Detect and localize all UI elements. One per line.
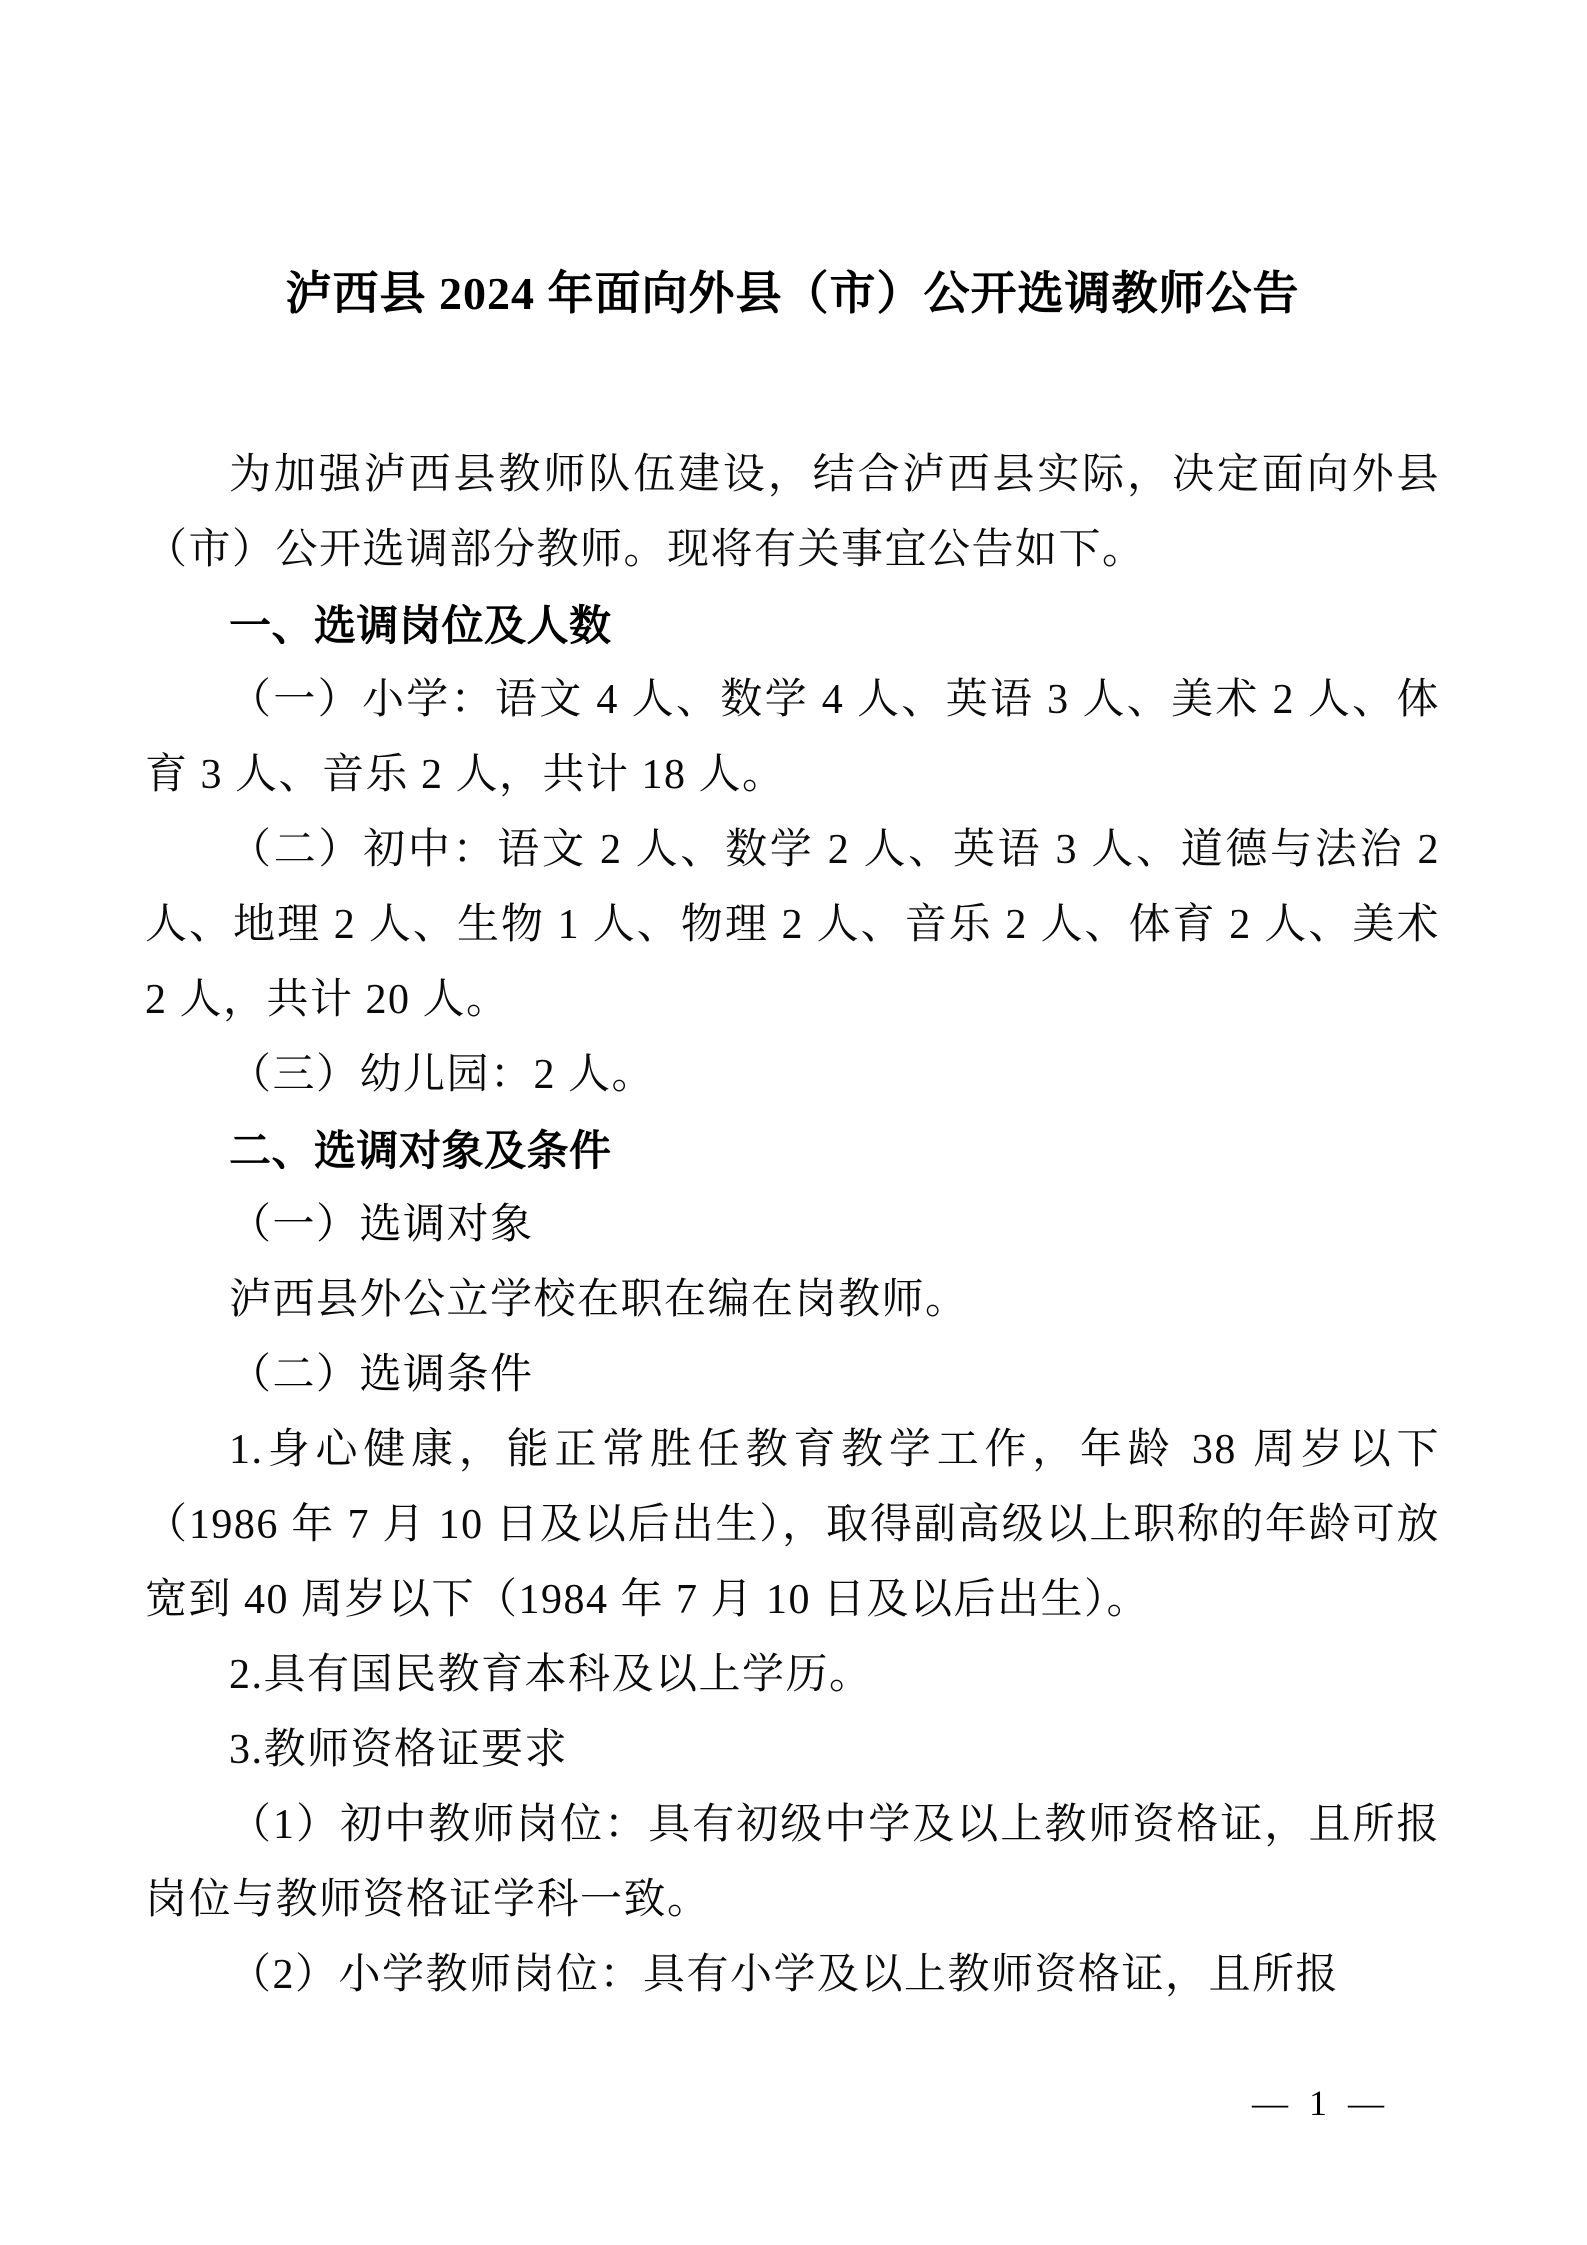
paragraph: 3.教师资格证要求 [145, 1713, 1440, 1788]
page-number: — 1 — [1252, 2083, 1390, 2123]
paragraph: （二）初中：语文 2 人、数学 2 人、英语 3 人、道德与法治 2 人、地理 … [145, 813, 1440, 1038]
paragraph: （二）选调条件 [145, 1338, 1440, 1413]
paragraph: 1.身心健康，能正常胜任教育教学工作，年龄 38 周岁以下（1986 年 7 月… [145, 1413, 1440, 1638]
paragraph: （1）初中教师岗位：具有初级中学及以上教师资格证，且所报岗位与教师资格证学科一致… [145, 1788, 1440, 1938]
paragraph: 二、选调对象及条件 [145, 1113, 1440, 1188]
paragraph: （一）选调对象 [145, 1188, 1440, 1263]
page-footer: — 1 — [1252, 2082, 1390, 2124]
document-page: 泸西县 2024 年面向外县（市）公开选调教师公告 为加强泸西县教师队伍建设，结… [0, 0, 1587, 2245]
paragraph: （三）幼儿园：2 人。 [145, 1038, 1440, 1113]
document-title: 泸西县 2024 年面向外县（市）公开选调教师公告 [145, 262, 1440, 326]
paragraph: （一）小学：语文 4 人、数学 4 人、英语 3 人、美术 2 人、体育 3 人… [145, 663, 1440, 813]
paragraph: 为加强泸西县教师队伍建设，结合泸西县实际，决定面向外县（市）公开选调部分教师。现… [145, 438, 1440, 588]
paragraph: 2.具有国民教育本科及以上学历。 [145, 1638, 1440, 1713]
document-body: 为加强泸西县教师队伍建设，结合泸西县实际，决定面向外县（市）公开选调部分教师。现… [145, 438, 1440, 2013]
paragraph: 一、选调岗位及人数 [145, 588, 1440, 663]
paragraph: 泸西县外公立学校在职在编在岗教师。 [145, 1263, 1440, 1338]
paragraph: （2）小学教师岗位：具有小学及以上教师资格证，且所报 [145, 1938, 1440, 2013]
